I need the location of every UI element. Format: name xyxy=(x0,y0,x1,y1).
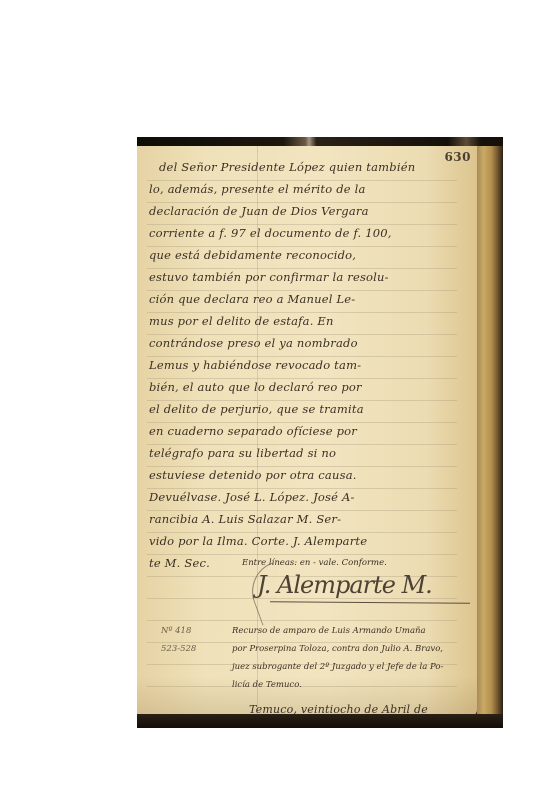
handwritten-line: rancibia A. Luis Salazar M. Ser- xyxy=(149,512,341,526)
book-binding-edge xyxy=(477,146,503,728)
handwritten-line: declaración de Juan de Dios Vergara xyxy=(149,204,369,218)
ruled-line xyxy=(147,444,457,445)
ruled-line xyxy=(147,642,457,643)
ruled-line xyxy=(147,400,457,401)
ruled-line xyxy=(147,466,457,467)
handwritten-line: ción que declara reo a Manuel Le- xyxy=(149,292,355,306)
entry-summary-line: por Proserpina Toloza, contra don Julio … xyxy=(232,644,443,654)
signature: J. Alemparte M. xyxy=(257,571,432,599)
handwritten-line: contrándose preso el ya nombrado xyxy=(149,336,358,350)
document-photograph: 630 del Señor Presidente López quien tam… xyxy=(137,137,503,728)
handwritten-line: te M. Sec. xyxy=(149,556,210,570)
signature-underline xyxy=(270,601,470,603)
book-bottom-edge xyxy=(137,714,503,728)
entry-folios: 523-528 xyxy=(161,644,196,654)
handwritten-line: estuvo también por confirmar la resolu- xyxy=(149,270,389,284)
ruled-line xyxy=(147,356,457,357)
handwritten-line: lo, además, presente el mérito de la xyxy=(149,182,366,196)
handwritten-line: el delito de perjurio, que se tramita xyxy=(149,402,364,416)
handwritten-line: Devuélvase. José L. López. José A- xyxy=(149,490,355,504)
book-top-edge xyxy=(137,137,503,146)
handwritten-line: del Señor Presidente López quien también xyxy=(159,160,415,174)
ruled-line xyxy=(147,334,457,335)
ruled-line xyxy=(147,312,457,313)
ruled-line xyxy=(147,268,457,269)
handwritten-line: bién, el auto que lo declaró reo por xyxy=(149,380,362,394)
register-page: 630 del Señor Presidente López quien tam… xyxy=(137,146,477,716)
handwritten-line: en cuaderno separado ofíciese por xyxy=(149,424,357,438)
ruled-line xyxy=(147,620,457,621)
ruled-line xyxy=(147,290,457,291)
handwritten-line: vido por la Ilma. Corte. J. Alemparte xyxy=(149,534,367,548)
ruled-line xyxy=(147,180,457,181)
entry-summary-line: Recurso de amparo de Luis Armando Umaña xyxy=(232,626,426,636)
handwritten-line: mus por el delito de estafa. En xyxy=(149,314,334,328)
ruled-line xyxy=(147,224,457,225)
entry-summary-line: juez subrogante del 2º Juzgado y el Jefe… xyxy=(232,662,443,672)
ruled-line xyxy=(147,554,457,555)
handwritten-line: telégrafo para su libertad si no xyxy=(149,446,336,460)
ruled-line xyxy=(147,686,457,687)
ruled-line xyxy=(147,246,457,247)
ruled-line xyxy=(147,422,457,423)
page-number: 630 xyxy=(444,150,471,164)
handwritten-line: corriente a f. 97 el documento de f. 100… xyxy=(149,226,392,240)
entry-number: Nº 418 xyxy=(161,626,191,636)
entry-summary-line: licía de Temuco. xyxy=(232,680,302,690)
ruled-line xyxy=(147,488,457,489)
ruled-line xyxy=(147,202,457,203)
handwritten-line: estuviese detenido por otra causa. xyxy=(149,468,357,482)
ruled-line xyxy=(147,510,457,511)
handwritten-line: Lemus y habiéndose revocado tam- xyxy=(149,358,361,372)
ruled-line xyxy=(147,532,457,533)
ruled-line xyxy=(147,378,457,379)
handwritten-line: que está debidamente reconocido, xyxy=(149,248,356,262)
